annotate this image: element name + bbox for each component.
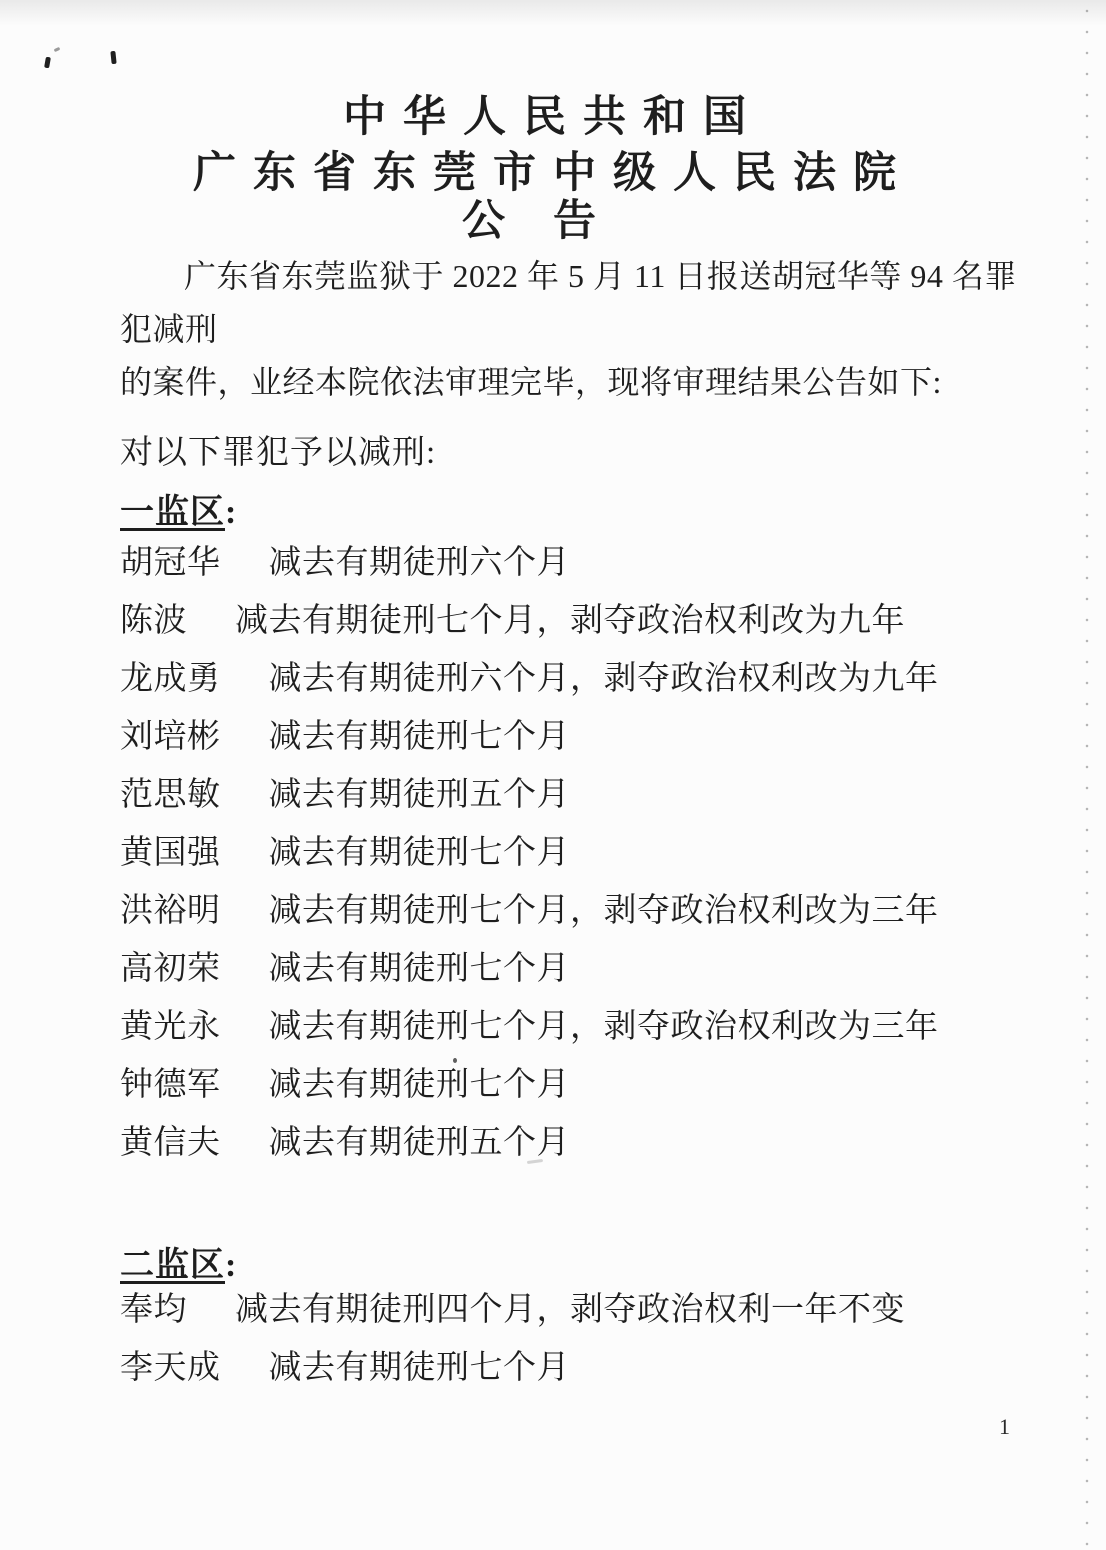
prisoner-name: 黄光永 bbox=[120, 1011, 221, 1044]
section-heading-text: 二监区 bbox=[120, 1247, 225, 1284]
ink-speck bbox=[44, 57, 51, 69]
sentence-reduction: 减去有期徒刑七个月 bbox=[269, 1069, 571, 1102]
sentence-reduction: 减去有期徒刑六个月，剥夺政治权利改为九年 bbox=[269, 663, 939, 696]
prisoner-entry: 刘培彬 减去有期徒刑七个月 bbox=[120, 721, 1022, 754]
ink-speck bbox=[110, 51, 116, 64]
sentence-reduction: 减去有期徒刑七个月 bbox=[269, 837, 571, 870]
page-number: 1 bbox=[999, 1414, 1010, 1440]
sentence-reduction: 减去有期徒刑七个月，剥夺政治权利改为九年 bbox=[235, 605, 905, 638]
prisoner-name: 洪裕明 bbox=[120, 895, 221, 928]
prisoner-entry: 李天成 减去有期徒刑七个月 bbox=[120, 1352, 1022, 1385]
prisoner-name: 奉均 bbox=[120, 1294, 187, 1327]
sentence-reduction: 减去有期徒刑七个月，剥夺政治权利改为三年 bbox=[269, 1011, 939, 1044]
prisoner-name: 钟德军 bbox=[120, 1069, 221, 1102]
intro-line-2: 的案件，业经本院依法审理完毕，现将审理结果公告如下: bbox=[120, 356, 1022, 409]
sentence-reduction: 减去有期徒刑四个月，剥夺政治权利一年不变 bbox=[235, 1294, 905, 1327]
list-intro: 对以下罪犯予以减刑: bbox=[120, 426, 436, 473]
prisoner-name: 胡冠华 bbox=[120, 547, 221, 580]
ward-2-entry-list: 奉均 减去有期徒刑四个月，剥夺政治权利一年不变 李天成 减去有期徒刑七个月 bbox=[120, 1294, 1022, 1410]
prisoner-entry: 范思敏 减去有期徒刑五个月 bbox=[120, 779, 1022, 812]
prisoner-entry: 龙成勇 减去有期徒刑六个月，剥夺政治权利改为九年 bbox=[120, 663, 1022, 696]
sentence-reduction: 减去有期徒刑七个月，剥夺政治权利改为三年 bbox=[269, 895, 939, 928]
prisoner-name: 高初荣 bbox=[120, 953, 221, 986]
intro-line-1: 广东省东莞监狱于 2022 年 5 月 11 日报送胡冠华等 94 名罪犯减刑 bbox=[120, 258, 1017, 347]
sentence-reduction: 减去有期徒刑六个月 bbox=[269, 547, 571, 580]
prisoner-name: 范思敏 bbox=[120, 779, 221, 812]
prisoner-entry: 奉均 减去有期徒刑四个月，剥夺政治权利一年不变 bbox=[120, 1294, 1022, 1327]
document-title-court: 广东省东莞市中级人民法院 bbox=[0, 150, 1106, 197]
prisoner-name: 刘培彬 bbox=[120, 721, 221, 754]
section-heading-text: 一监区 bbox=[120, 494, 225, 531]
section-heading-colon: : bbox=[225, 1247, 237, 1284]
prisoner-name: 黄国强 bbox=[120, 837, 221, 870]
section-heading-ward-2: 二监区: bbox=[120, 1237, 237, 1286]
scanned-document-page: 中华人民共和国 广东省东莞市中级人民法院 公告 广东省东莞监狱于 2022 年 … bbox=[0, 0, 1106, 1550]
section-heading-ward-1: 一监区: bbox=[120, 484, 237, 533]
prisoner-entry: 黄光永 减去有期徒刑七个月，剥夺政治权利改为三年 bbox=[120, 1011, 1022, 1044]
scan-edge-shadow bbox=[0, 0, 1106, 26]
prisoner-entry: 黄国强 减去有期徒刑七个月 bbox=[120, 837, 1022, 870]
prisoner-name: 龙成勇 bbox=[120, 663, 221, 696]
document-title-country: 中华人民共和国 bbox=[0, 94, 1106, 141]
ward-1-entry-list: 胡冠华 减去有期徒刑六个月 陈波 减去有期徒刑七个月，剥夺政治权利改为九年 龙成… bbox=[120, 547, 1022, 1185]
prisoner-entry: 高初荣 减去有期徒刑七个月 bbox=[120, 953, 1022, 986]
document-title-announcement: 公告 bbox=[0, 198, 1106, 245]
intro-paragraph: 广东省东莞监狱于 2022 年 5 月 11 日报送胡冠华等 94 名罪犯减刑的… bbox=[120, 250, 1022, 409]
prisoner-name: 李天成 bbox=[120, 1352, 221, 1385]
sentence-reduction: 减去有期徒刑七个月 bbox=[269, 1352, 571, 1385]
sentence-reduction: 减去有期徒刑七个月 bbox=[269, 953, 571, 986]
prisoner-entry: 黄信夫 减去有期徒刑五个月 bbox=[120, 1127, 1022, 1160]
prisoner-name: 陈波 bbox=[120, 605, 187, 638]
sentence-reduction: 减去有期徒刑五个月 bbox=[269, 779, 571, 812]
sentence-reduction: 减去有期徒刑五个月 bbox=[269, 1127, 571, 1160]
ink-speck bbox=[54, 47, 61, 52]
prisoner-name: 黄信夫 bbox=[120, 1127, 221, 1160]
section-heading-colon: : bbox=[225, 494, 237, 531]
prisoner-entry: 钟德军 减去有期徒刑七个月 bbox=[120, 1069, 1022, 1102]
prisoner-entry: 洪裕明 减去有期徒刑七个月，剥夺政治权利改为三年 bbox=[120, 895, 1022, 928]
sentence-reduction: 减去有期徒刑七个月 bbox=[269, 721, 571, 754]
prisoner-entry: 胡冠华 减去有期徒刑六个月 bbox=[120, 547, 1022, 580]
prisoner-entry: 陈波 减去有期徒刑七个月，剥夺政治权利改为九年 bbox=[120, 605, 1022, 638]
